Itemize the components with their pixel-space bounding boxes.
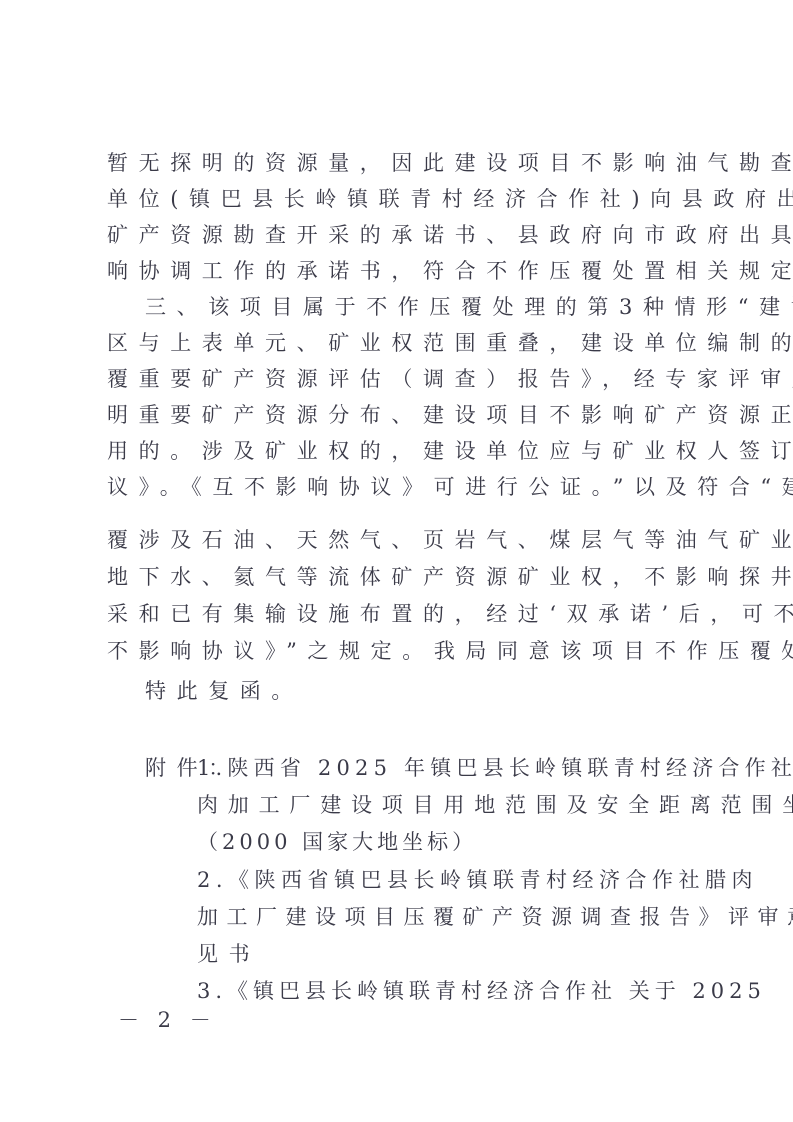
- body-text-line: 不影响协议》”之规定。我局同意该项目不作压覆处理。: [107, 633, 793, 669]
- page-number: － 2 －: [118, 1005, 217, 1035]
- body-text-line: 覆涉及石油、天然气、页岩气、煤层气等油气矿业权和矿泉水、: [107, 522, 793, 558]
- body-text-line: 单位(镇巴县长岭镇联青村经济合作社)向县政府出具了不影响: [107, 181, 793, 217]
- attachment-line: 2.《陕西省镇巴县长岭镇联青村经济合作社腊肉: [197, 862, 758, 898]
- attachment-line: 见书: [197, 936, 260, 972]
- body-text-line: 议》。《互不影响协议》可进行公证。”以及符合“建设项目压: [107, 469, 793, 505]
- body-text-line: 地下水、氦气等流体矿产资源矿业权，不影响探井布置、正常开: [107, 559, 793, 595]
- body-text-line: 区与上表单元、矿业权范围重叠，建设单位编制的《建设项目压: [107, 325, 793, 361]
- attachment-line: 1.陕西省 2025 年镇巴县长岭镇联青村经济合作社腊: [197, 750, 793, 786]
- attachment-line: （2000 国家大地坐标）: [197, 824, 477, 860]
- attachment-line: 加工厂建设项目压覆矿产资源调查报告》评审意: [197, 899, 793, 935]
- body-text-line: 用的。涉及矿业权的，建设单位应与矿业权人签订《互不影响协: [107, 433, 793, 469]
- body-text-line: 采和已有集输设施布置的，经过‘双承诺’后，可不再签订《互: [107, 596, 793, 632]
- closing-text: 特此复函。: [145, 673, 303, 709]
- attachment-line: 肉加工厂建设项目用地范围及安全距离范围坐标表: [197, 787, 793, 823]
- body-text-line: 三、该项目属于不作压覆处理的第3种情形“建设项目压覆: [145, 289, 793, 325]
- document-page: 暂无探明的资源量，因此建设项目不影响油气勘查开采，且建设 单位(镇巴县长岭镇联青…: [0, 0, 793, 1122]
- body-text-line: 矿产资源勘查开采的承诺书、县政府向市政府出具了双方互不影: [107, 217, 793, 253]
- attachment-line: 3.《镇巴县长岭镇联青村经济合作社 关于 2025: [197, 973, 766, 1009]
- body-text-line: 暂无探明的资源量，因此建设项目不影响油气勘查开采，且建设: [107, 145, 793, 181]
- body-text-line: 覆重要矿产资源评估（调查）报告》，经专家评审后结论为无查: [107, 361, 793, 397]
- body-text-line: 响协调工作的承诺书，符合不作压覆处置相关规定。: [107, 253, 793, 289]
- body-text-line: 明重要矿产资源分布、建设项目不影响矿产资源正常勘查开发利: [107, 397, 793, 433]
